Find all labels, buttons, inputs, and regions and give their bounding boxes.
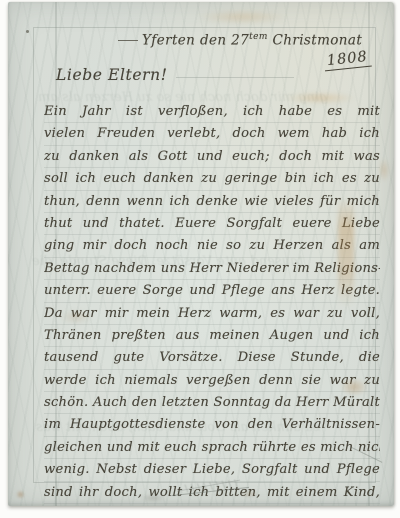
ink-speck: [26, 30, 29, 33]
letter-line: thut und thatet. Euere Sorgfalt euere Li…: [44, 213, 380, 235]
letter-line: schön. Auch den letzten Sonntag da Herr …: [44, 392, 380, 414]
dateline: Yferten den 27tem Christmonat: [118, 32, 380, 49]
letter-line: im Hauptgottesdienste von den Verhältnis…: [44, 414, 380, 436]
photo-background: ging mir doch noch nie so zu Herzen als …: [0, 0, 400, 518]
letter-line: soll ich euch danken zu geringe bin ich …: [44, 168, 380, 190]
salutation-rule: [176, 77, 294, 78]
stain-vertical-streak: [338, 198, 354, 306]
letter-line: ging mir doch noch nie so zu Herzen als …: [44, 235, 380, 257]
letter-line: Thränen preßten aus meinen Augen und ich: [44, 325, 380, 347]
letter-line: gleichen und mit euch sprach rührte es m…: [44, 437, 380, 459]
letter-line: Bettag nachdem uns Herr Niederer im Reli…: [44, 258, 380, 280]
salutation: Liebe Eltern!: [56, 66, 294, 84]
letter-line: vielen Freuden verlebt, doch wem hab ich: [44, 123, 380, 145]
dateline-month: Christmonat: [268, 33, 362, 49]
dateline-dash: [118, 40, 138, 41]
salutation-text: Liebe Eltern!: [56, 66, 168, 84]
letter-line: zu danken als Gott und euch; doch mit wa…: [44, 146, 380, 168]
stain-bottom-right: [240, 490, 258, 498]
stain-bottom-center: [140, 494, 166, 502]
letter-body: Ein Jahr ist verfloßen, ich habe es mit …: [44, 101, 380, 504]
letter-paper: ging mir doch noch nie so zu Herzen als …: [8, 2, 394, 506]
letter-line: Da war mir mein Herz warm, es war zu vol…: [44, 303, 380, 325]
stain-bottom-left: [16, 490, 25, 499]
stain-top: [196, 10, 288, 24]
letter-line: wenig. Nebst dieser Liebe, Sorgfalt und …: [44, 459, 380, 481]
letter-line: unterr. euere Sorge und Pflege ans Herz …: [44, 280, 380, 302]
letter-line: tausend gute Vorsätze. Diese Stunde, die: [44, 347, 380, 369]
letter-line: Ein Jahr ist verfloßen, ich habe es mit: [44, 101, 380, 123]
letter-line: thun, denn wenn ich denke wie vieles für…: [44, 191, 380, 213]
dateline-place-date: Yferten den 27: [142, 33, 249, 49]
letter-line: werde ich niemals vergeßen denn sie war …: [44, 370, 380, 392]
dateline-ordinal-superscript: tem: [249, 32, 268, 42]
